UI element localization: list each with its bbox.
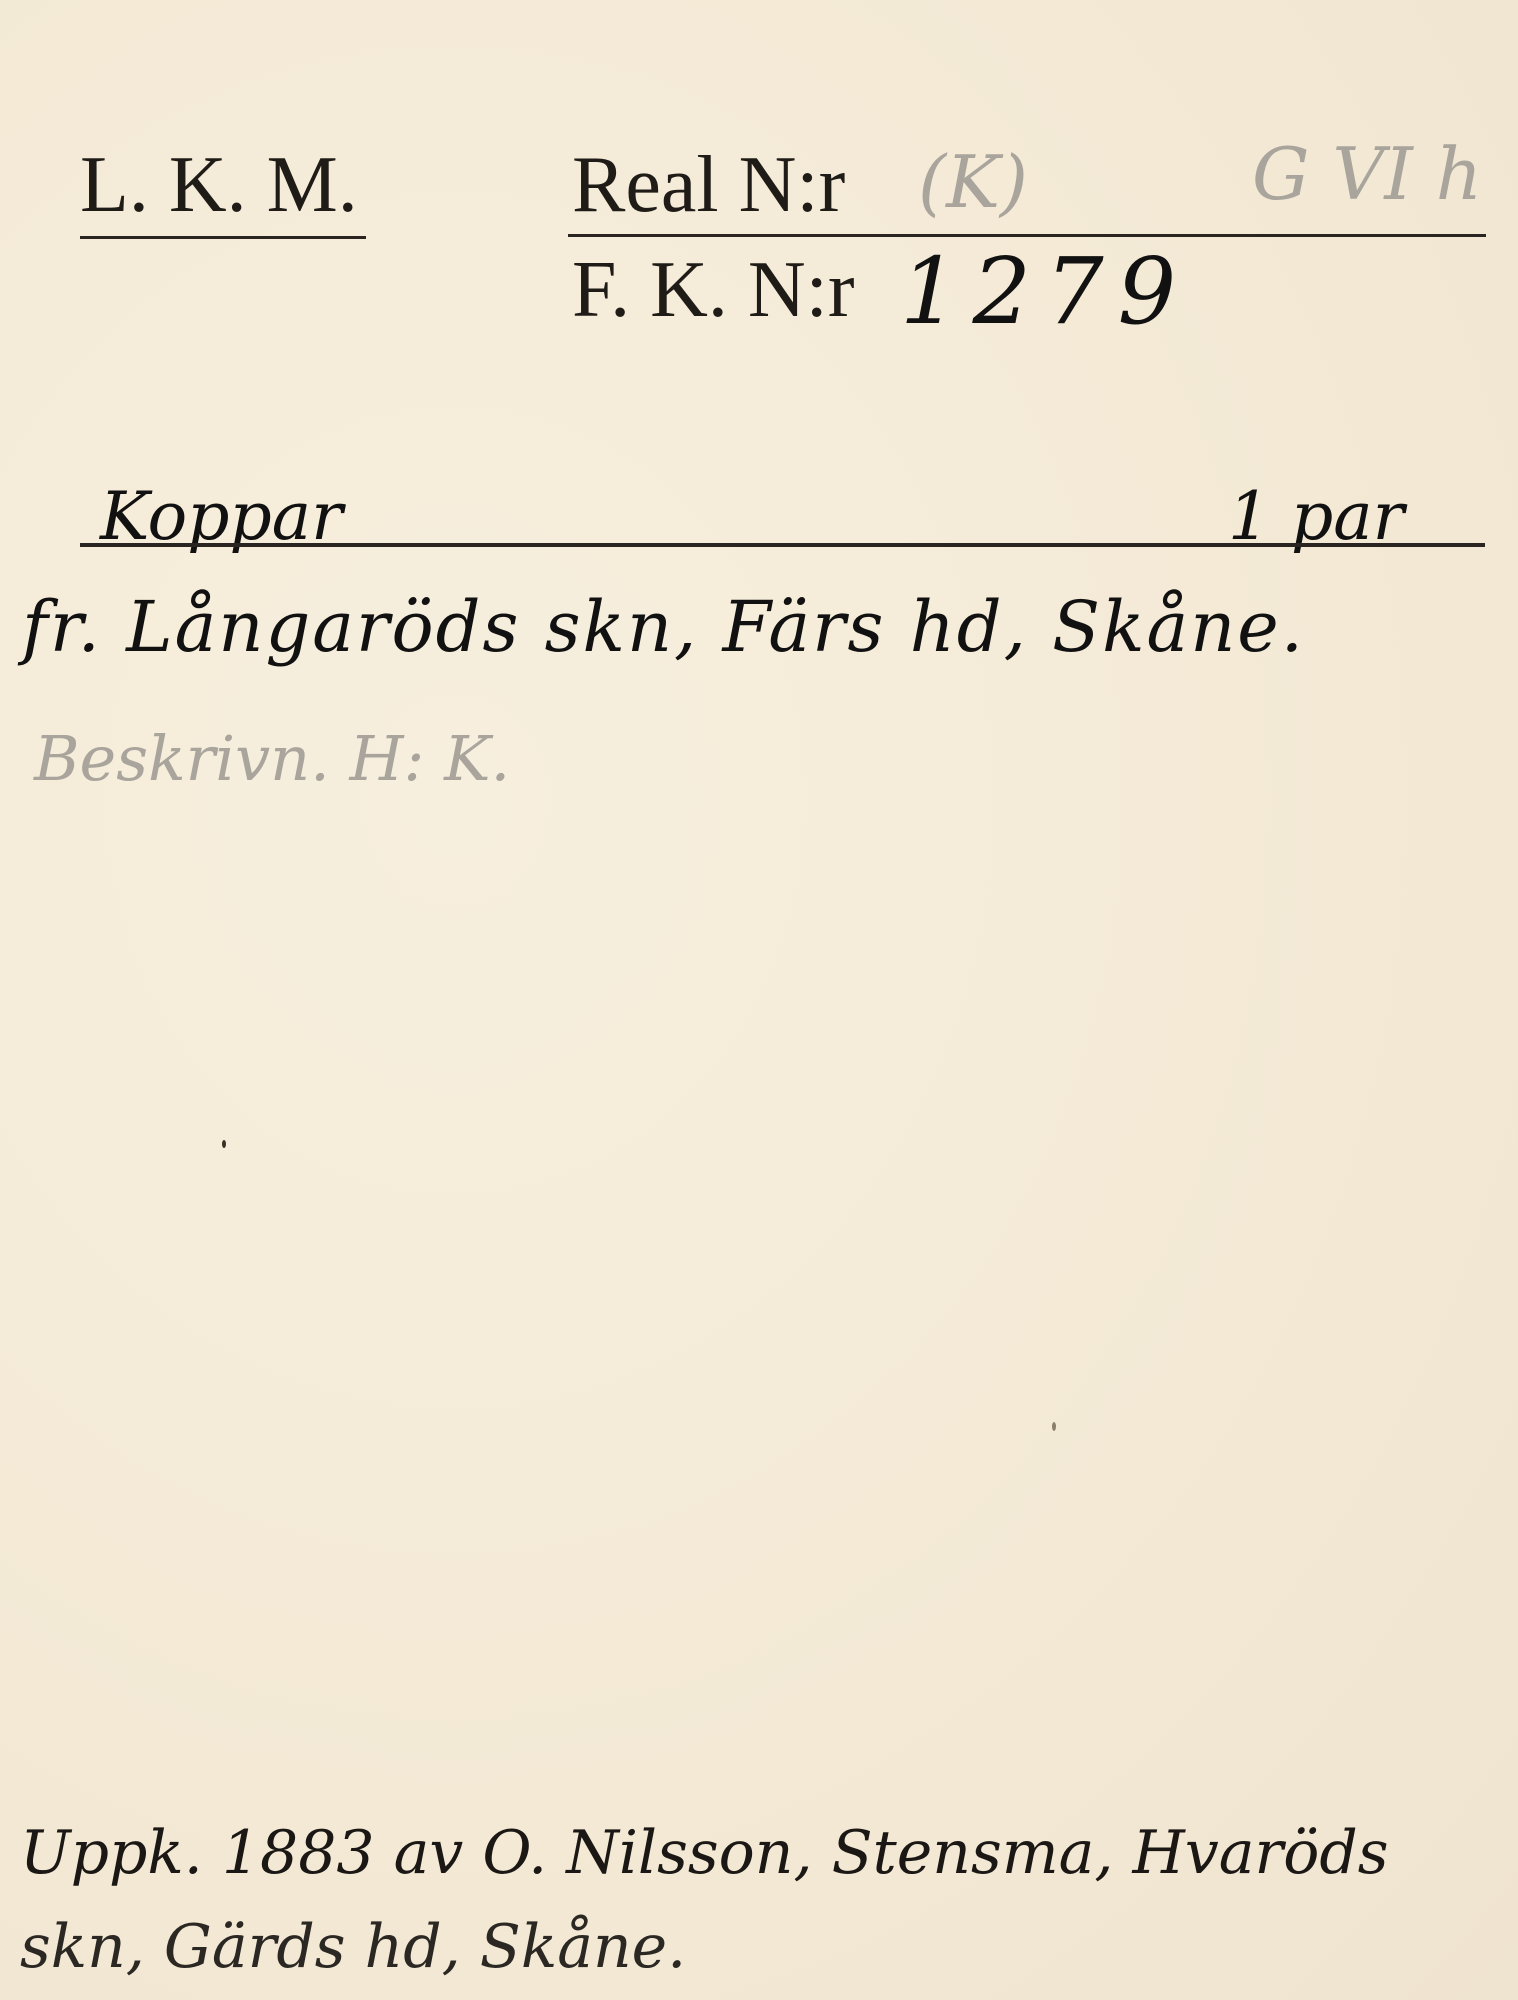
object-divider <box>80 543 1485 547</box>
acquisition-line-2: skn, Gärds hd, Skåne. <box>20 1912 686 1982</box>
fk-nr-label: F. K. N:r <box>572 245 855 336</box>
paper-speck <box>1052 1422 1056 1431</box>
institution-underline <box>80 236 366 239</box>
institution-label: L. K. M. <box>80 140 358 231</box>
acquisition-line-1: Uppk. 1883 av O. Nilsson, Stensma, Hvarö… <box>20 1818 1389 1888</box>
classification-mark: G VI h <box>1252 132 1482 216</box>
header-divider <box>568 234 1486 237</box>
origin-text: fr. Långaröds skn, Färs hd, Skåne. <box>22 586 1305 668</box>
fk-nr-value: 1279 <box>900 238 1190 345</box>
real-nr-value: (K) <box>918 140 1028 224</box>
paper-speck <box>222 1140 226 1148</box>
description-note: Beskrivn. H: K. <box>34 722 510 795</box>
real-nr-label: Real N:r <box>572 140 845 231</box>
